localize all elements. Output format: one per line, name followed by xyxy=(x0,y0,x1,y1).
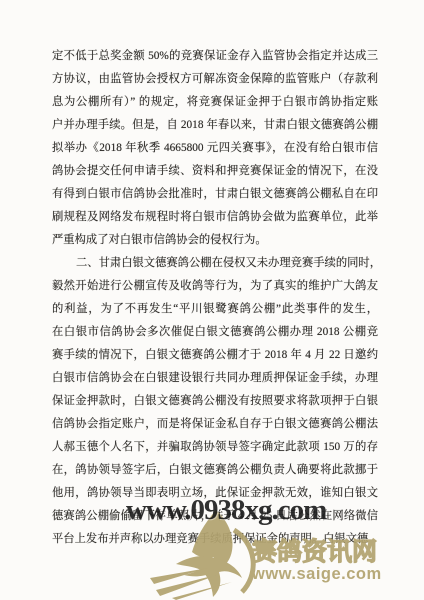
document-line: 在白银市信鸽协会多次催促白银文德赛鸽公棚办理 2018 公棚竞 xyxy=(52,321,378,344)
document-line: 方协议，由监管协会授权方可解冻资金保障的监管账户（存款利 xyxy=(52,68,378,91)
paragraph: 定不低于总奖金额 50%的竞赛保证金存入监管协会指定并达成三方协议，由监管协会授… xyxy=(52,45,378,252)
document-line: 息为公棚所有）” 的规定，将竞赛保证金押于白银市鸽协指定账 xyxy=(52,91,378,114)
document-line: 白银市信鸽协会在白银建设银行共同办理质押保证金手续，办理 xyxy=(52,367,378,390)
document-line: 人郝玉德个人名下，并骗取鸽协领导签字确定此款项 150 万的存 xyxy=(52,436,378,459)
document-line: 信鸽协会指定账户，而是将保证金私自存于白银文德赛鸽公棚法 xyxy=(52,413,378,436)
saige-site-name: 赛鸽资讯网 xyxy=(252,540,394,565)
saige-site-url: www.saige.com xyxy=(252,565,394,583)
document-line: 赛手续的情况下，白银文德赛鸽公棚才于 2018 年 4 月 22 日邀约 xyxy=(52,344,378,367)
document-line: 刷规程及网络发布规程时将白银市信鸽协会做为监赛单位，此举 xyxy=(52,206,378,229)
document-line: 鸽协会提交任何申请手续、资料和押竞赛保证金的情况下，在没 xyxy=(52,160,378,183)
document-line: 拟举办《2018 年秋季 4665800 元四关赛事》，在没有给白银市信 xyxy=(52,137,378,160)
document-line: 有得到白银市信鸽协会批准时，甘肃白银文德赛鸽公棚私自在印 xyxy=(52,183,378,206)
document-line: 在，鸽协领导签字后，白银文德赛鸽公棚负责人确要将此款挪于 xyxy=(52,459,378,482)
document-line: 户并办理手续。但是，自 2018 年春以来，甘肃白银文德赛鸽公棚 xyxy=(52,114,378,137)
document-line: 二、甘肃白银文德赛鸽公棚在侵权又未办理竞赛手续的同时， xyxy=(52,252,378,275)
overlay-url-watermark: www.0938xg.com xyxy=(126,494,326,527)
scanned-page: 定不低于总奖金额 50%的竞赛保证金存入监管协会指定并达成三方协议，由监管协会授… xyxy=(0,0,424,600)
document-line: 严重构成了对白银市信鸽协会的侵权行为。 xyxy=(52,229,378,252)
document-line: 毅然开始进行公棚宣传及收鸽等行为，为了真实的维护广大鸽友 xyxy=(52,275,378,298)
document-text: 定不低于总奖金额 50%的竞赛保证金存入监管协会指定并达成三方协议，由监管协会授… xyxy=(52,45,378,551)
document-line: 定不低于总奖金额 50%的竞赛保证金存入监管协会指定并达成三 xyxy=(52,45,378,68)
document-line: 的利益，为了不再发生“平川银鹭赛鸽公棚”此类事件的发生， xyxy=(52,298,378,321)
document-line: 保证金押款时，白银文德赛鸽公棚没有按照要求将款项押于白银 xyxy=(52,390,378,413)
